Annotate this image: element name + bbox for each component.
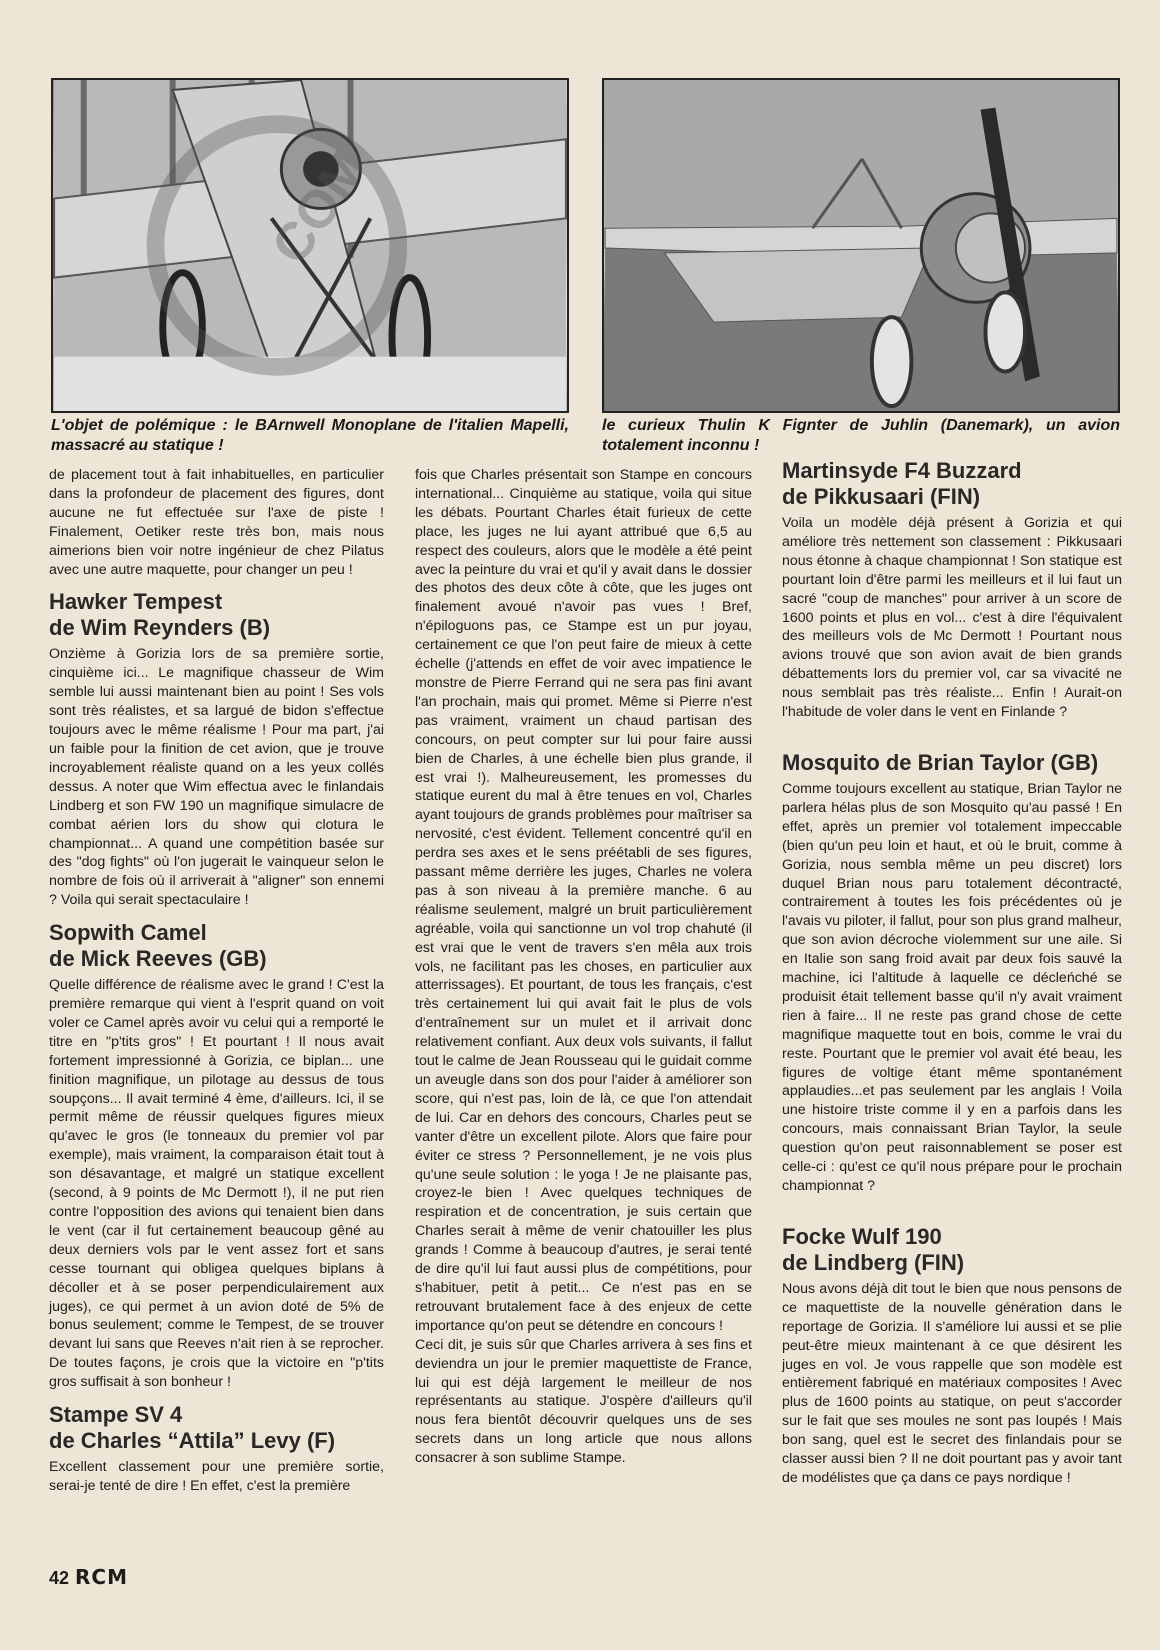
photo-thulin-k-fighter xyxy=(602,78,1120,413)
aircraft-photo-illustration xyxy=(53,80,567,411)
article-column-2: fois que Charles présentait son Stampe e… xyxy=(415,466,752,1468)
intro-paragraph: de placement tout à fait inhabituelles, … xyxy=(49,466,384,579)
article-column-3: Martinsyde F4 Buzzard de Pikkusaari (FIN… xyxy=(782,458,1122,1488)
section-body-sopwith-camel: Quelle différence de réalisme avec le gr… xyxy=(49,976,384,1392)
section-heading-mosquito: Mosquito de Brian Taylor (GB) xyxy=(782,750,1122,776)
section-body-mosquito: Comme toujours excellent au statique, Br… xyxy=(782,780,1122,1196)
page-number: 42 xyxy=(49,1568,69,1588)
photo-caption-left: L'objet de polémique : le BArnwell Monop… xyxy=(51,416,569,456)
section-body-hawker-tempest: Onzième à Gorizia lors de sa première so… xyxy=(49,645,384,910)
aircraft-photo-illustration xyxy=(604,80,1118,411)
stampe-conclusion-paragraph: Ceci dit, je suis sûr que Charles arrive… xyxy=(415,1336,752,1468)
section-heading-martinsyde: Martinsyde F4 Buzzard de Pikkusaari (FIN… xyxy=(782,458,1122,510)
photo-barnwell-monoplane: COM xyxy=(51,78,569,413)
section-heading-stampe-sv4: Stampe SV 4 de Charles “Attila” Levy (F) xyxy=(49,1402,384,1454)
section-body-stampe-sv4: Excellent classement pour une première s… xyxy=(49,1458,384,1496)
magazine-logo: RCM xyxy=(75,1565,128,1589)
section-heading-hawker-tempest: Hawker Tempest de Wim Reynders (B) xyxy=(49,589,384,641)
article-column-1: de placement tout à fait inhabituelles, … xyxy=(49,466,384,1496)
section-heading-sopwith-camel: Sopwith Camel de Mick Reeves (GB) xyxy=(49,920,384,972)
page-footer: 42RCM xyxy=(49,1565,128,1589)
section-body-focke-wulf: Nous avons déjà dit tout le bien que nou… xyxy=(782,1280,1122,1488)
section-body-martinsyde: Voila un modèle déjà présent à Gorizia e… xyxy=(782,514,1122,722)
photo-caption-right: le curieux Thulin K Fignter de Juhlin (D… xyxy=(602,416,1120,456)
section-heading-focke-wulf: Focke Wulf 190 de Lindberg (FIN) xyxy=(782,1224,1122,1276)
stampe-continued-paragraph: fois que Charles présentait son Stampe e… xyxy=(415,466,752,1336)
